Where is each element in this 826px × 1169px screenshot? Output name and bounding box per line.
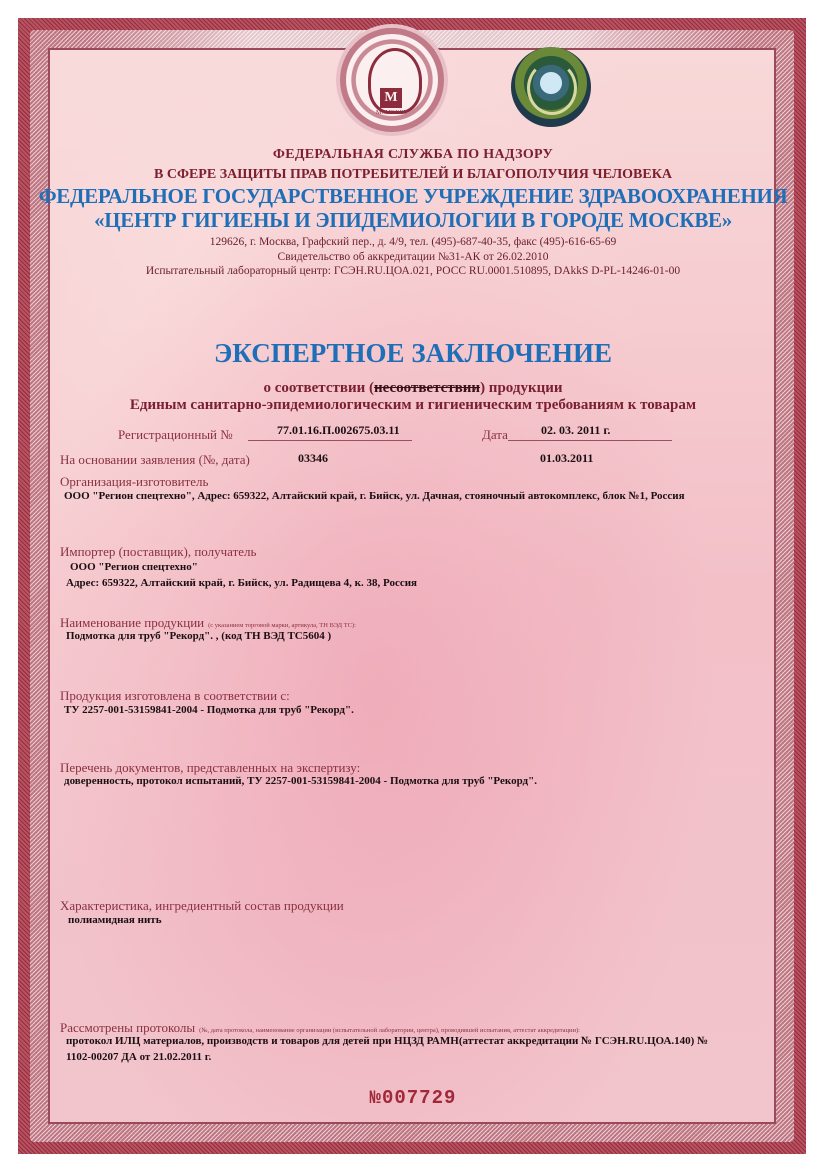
documents-label: Перечень документов, представленных на э…: [60, 760, 360, 776]
importer-name: ООО "Регион спецтехно": [70, 561, 198, 573]
documents-value: доверенность, протокол испытаний, ТУ 225…: [64, 775, 537, 787]
composition-label: Характеристика, ингредиентный состав про…: [60, 898, 344, 914]
date-value: 02. 03. 2011 г.: [541, 423, 610, 438]
protocols-value-line-2: 1102-00207 ДА от 21.02.2011 г.: [66, 1051, 211, 1063]
document-subtitle-2: Единым санитарно-эпидемиологическим и ги…: [0, 397, 826, 414]
basis-date: 01.03.2011: [540, 451, 593, 466]
reg-number-label: Регистрационный №: [118, 427, 233, 443]
reg-number-value: 77.01.16.П.002675.03.11: [277, 423, 400, 438]
emblem-seal-icon: M MCMXXXV: [340, 28, 444, 132]
hologram-sticker-icon: [511, 47, 591, 127]
protocols-note: (№, дата протокола, наименование организ…: [199, 1027, 580, 1034]
institution-address: 129626, г. Москва, Графский пер., д. 4/9…: [0, 236, 826, 248]
agency-line-2: В СФЕРЕ ЗАЩИТЫ ПРАВ ПОТРЕБИТЕЛЕЙ И БЛАГО…: [0, 167, 826, 183]
subtitle-struck: несоответствии: [374, 380, 480, 396]
importer-address: Адрес: 659322, Алтайский край, г. Бийск,…: [66, 577, 417, 589]
document-subtitle: о соответствии (несоответствии) продукци…: [0, 380, 826, 397]
basis-label: На основании заявления (№, дата): [60, 452, 250, 468]
standard-value: ТУ 2257-001-53159841-2004 - Подмотка для…: [64, 704, 354, 716]
protocols-label: Рассмотрены протоколы: [60, 1020, 195, 1035]
protocols-value-line-1: протокол ИЛЦ материалов, производств и т…: [66, 1035, 708, 1047]
standard-label: Продукция изготовлена в соответствии с:: [60, 688, 290, 704]
institution-line-2: «ЦЕНТР ГИГИЕНЫ И ЭПИДЕМИОЛОГИИ В ГОРОДЕ …: [0, 208, 826, 233]
composition-value: полиамидная нить: [68, 914, 162, 926]
serial-number: №007729: [0, 1087, 826, 1109]
reg-number-underline: [248, 440, 412, 441]
product-label: Наименование продукции: [60, 615, 204, 630]
accreditation-certificate: Свидетельство об аккредитации №31-АК от …: [0, 251, 826, 263]
date-underline: [508, 440, 672, 441]
agency-line-1: ФЕДЕРАЛЬНАЯ СЛУЖБА ПО НАДЗОРУ: [0, 147, 826, 163]
manufacturer-value: ООО "Регион спецтехно", Адрес: 659322, А…: [64, 490, 685, 502]
institution-line-1: ФЕДЕРАЛЬНОЕ ГОСУДАРСТВЕННОЕ УЧРЕЖДЕНИЕ З…: [0, 184, 826, 209]
importer-label: Импортер (поставщик), получатель: [60, 544, 256, 560]
subtitle-suffix: ) продукции: [480, 380, 562, 396]
document-title: ЭКСПЕРТНОЕ ЗАКЛЮЧЕНИЕ: [0, 338, 826, 369]
seal-year: MCMXXXV: [346, 110, 438, 116]
product-value: Подмотка для труб "Рекорд". , (код ТН ВЭ…: [66, 630, 331, 642]
emblem-m-letter: M: [380, 88, 402, 108]
subtitle-prefix: о соответствии (: [263, 380, 374, 396]
wreath-icon: [527, 61, 577, 115]
manufacturer-label: Организация-изготовитель: [60, 474, 208, 490]
product-note: (с указанием торговой марки, артикула, Т…: [208, 622, 356, 629]
date-label: Дата: [482, 427, 508, 443]
lab-center: Испытательный лабораторный центр: ГСЭН.R…: [0, 265, 826, 277]
basis-number: 03346: [298, 451, 328, 466]
